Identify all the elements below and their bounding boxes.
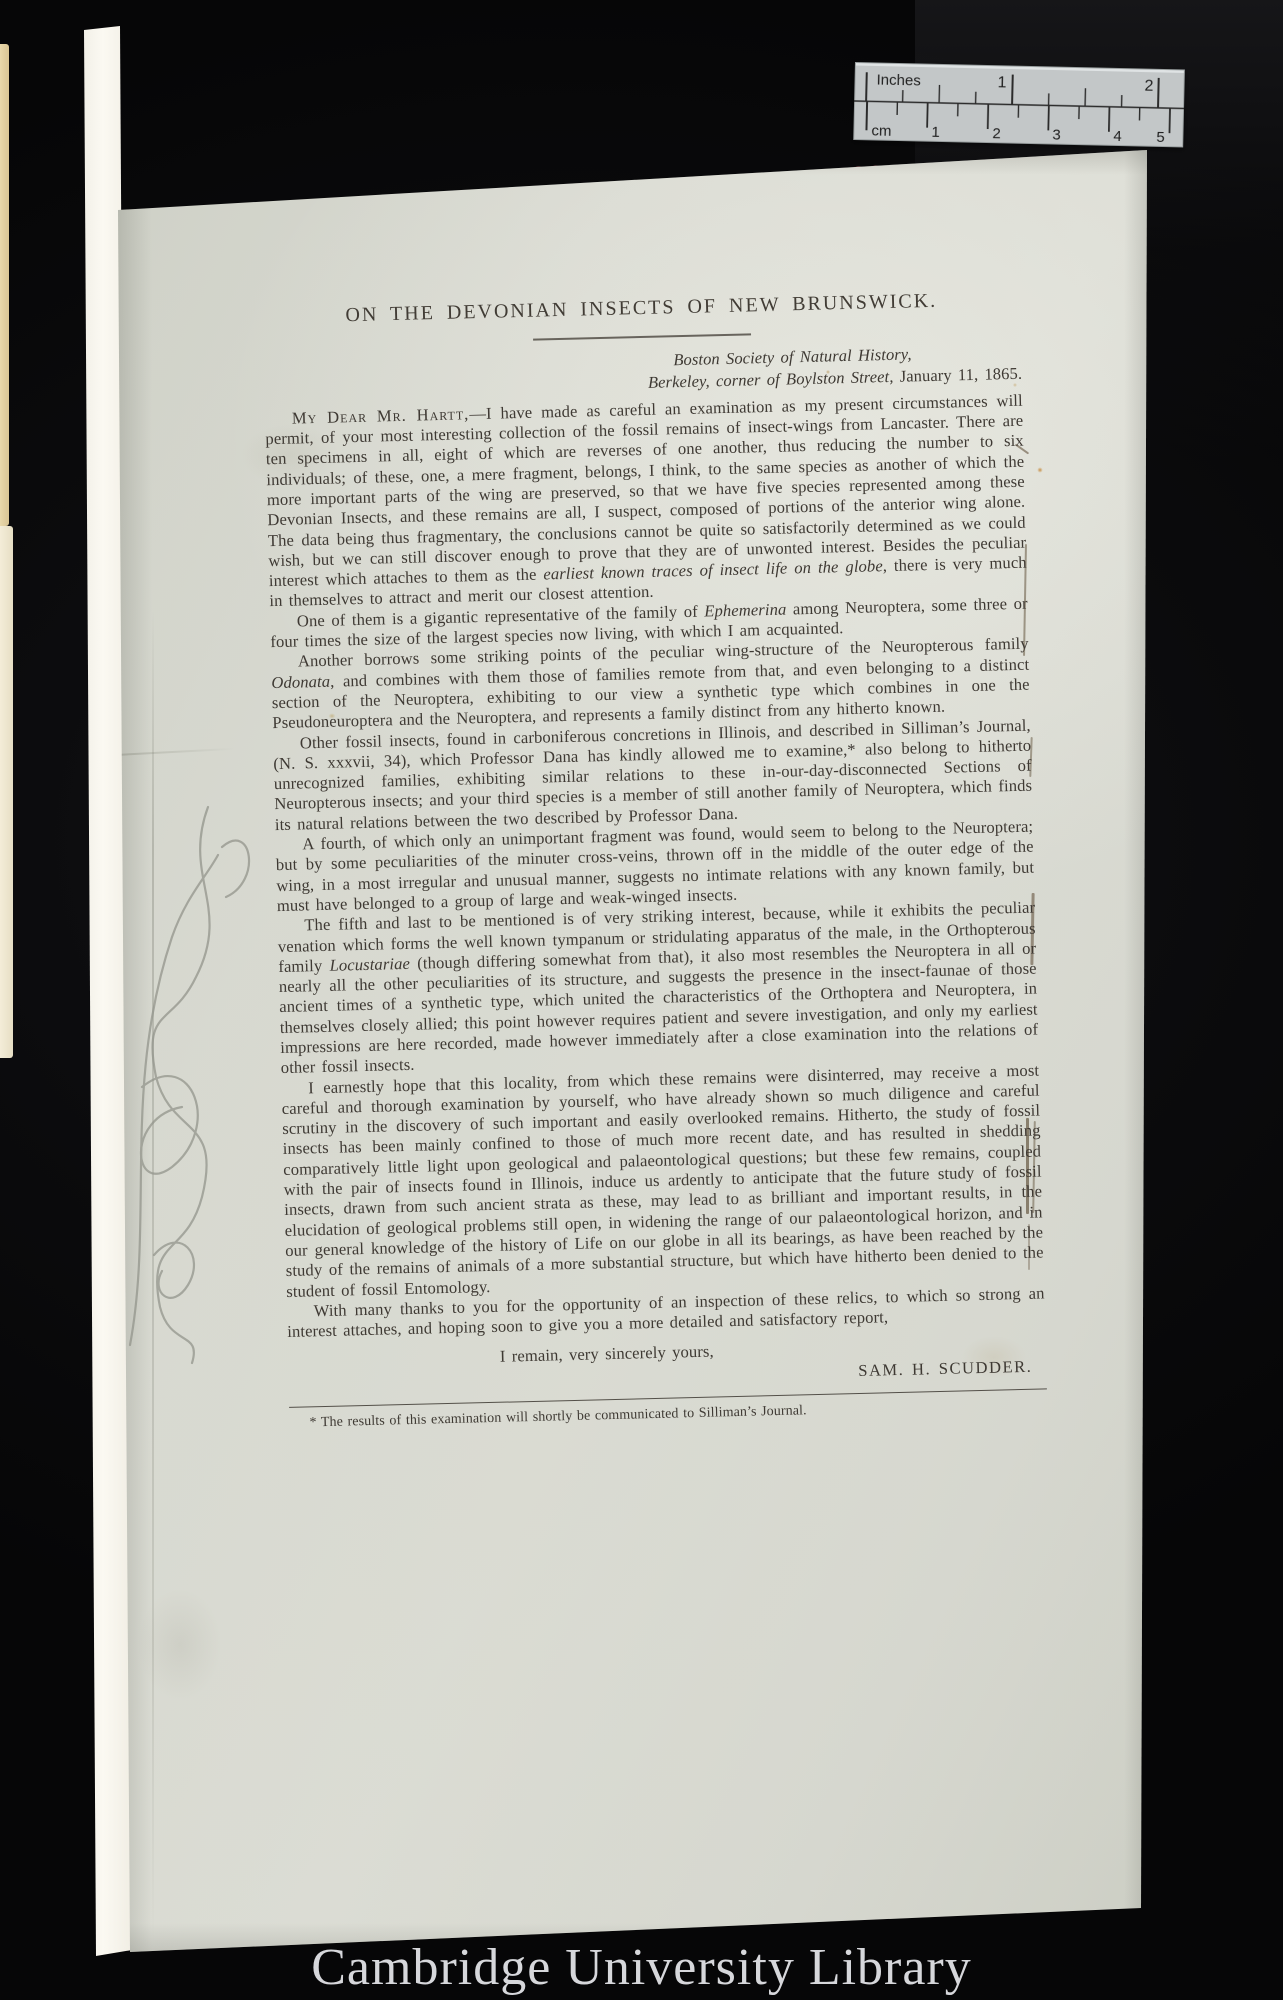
library-caption: Cambridge University Library [0,1940,1283,1996]
paper-crease [110,748,235,757]
measurement-ruler: Inches 1 2 cm 1 2 3 4 5 [853,62,1185,147]
library-photo-background: Inches 1 2 cm 1 2 3 4 5 22 [0,0,1283,2000]
ruler-cm-1: 1 [931,124,940,141]
paragraph: The fifth and last to be mentioned is of… [277,898,1039,1079]
ruler-inch-2: 2 [1144,78,1153,95]
ruler-inches-label: Inches [876,71,921,89]
ruler-scale: Inches 1 2 cm 1 2 3 4 5 [853,62,1185,147]
paragraph: My Dear Mr. Hartt,—I have made as carefu… [265,391,1028,612]
ruler-cm-label: cm [871,122,891,139]
ruler-inch-1: 1 [997,74,1006,91]
pencil-scribble [110,785,285,1385]
paragraph: Other fossil insects, found in carbonife… [273,715,1033,835]
stacked-page-edge [0,526,13,1058]
ruler-cm-4: 4 [1113,128,1122,145]
letter-text-block: ON THE DEVONIAN INSECTS OF NEW BRUNSWICK… [262,285,1047,1432]
ruler-cm-3: 3 [1052,126,1061,143]
stacked-page-edge [0,44,9,526]
ruler-cm-2: 2 [992,125,1001,142]
title-divider [533,334,751,341]
letter-body: My Dear Mr. Hartt,—I have made as carefu… [265,391,1046,1343]
ruler-cm-5: 5 [1156,129,1165,146]
paragraph: I earnestly hope that this locality, fro… [281,1060,1044,1302]
